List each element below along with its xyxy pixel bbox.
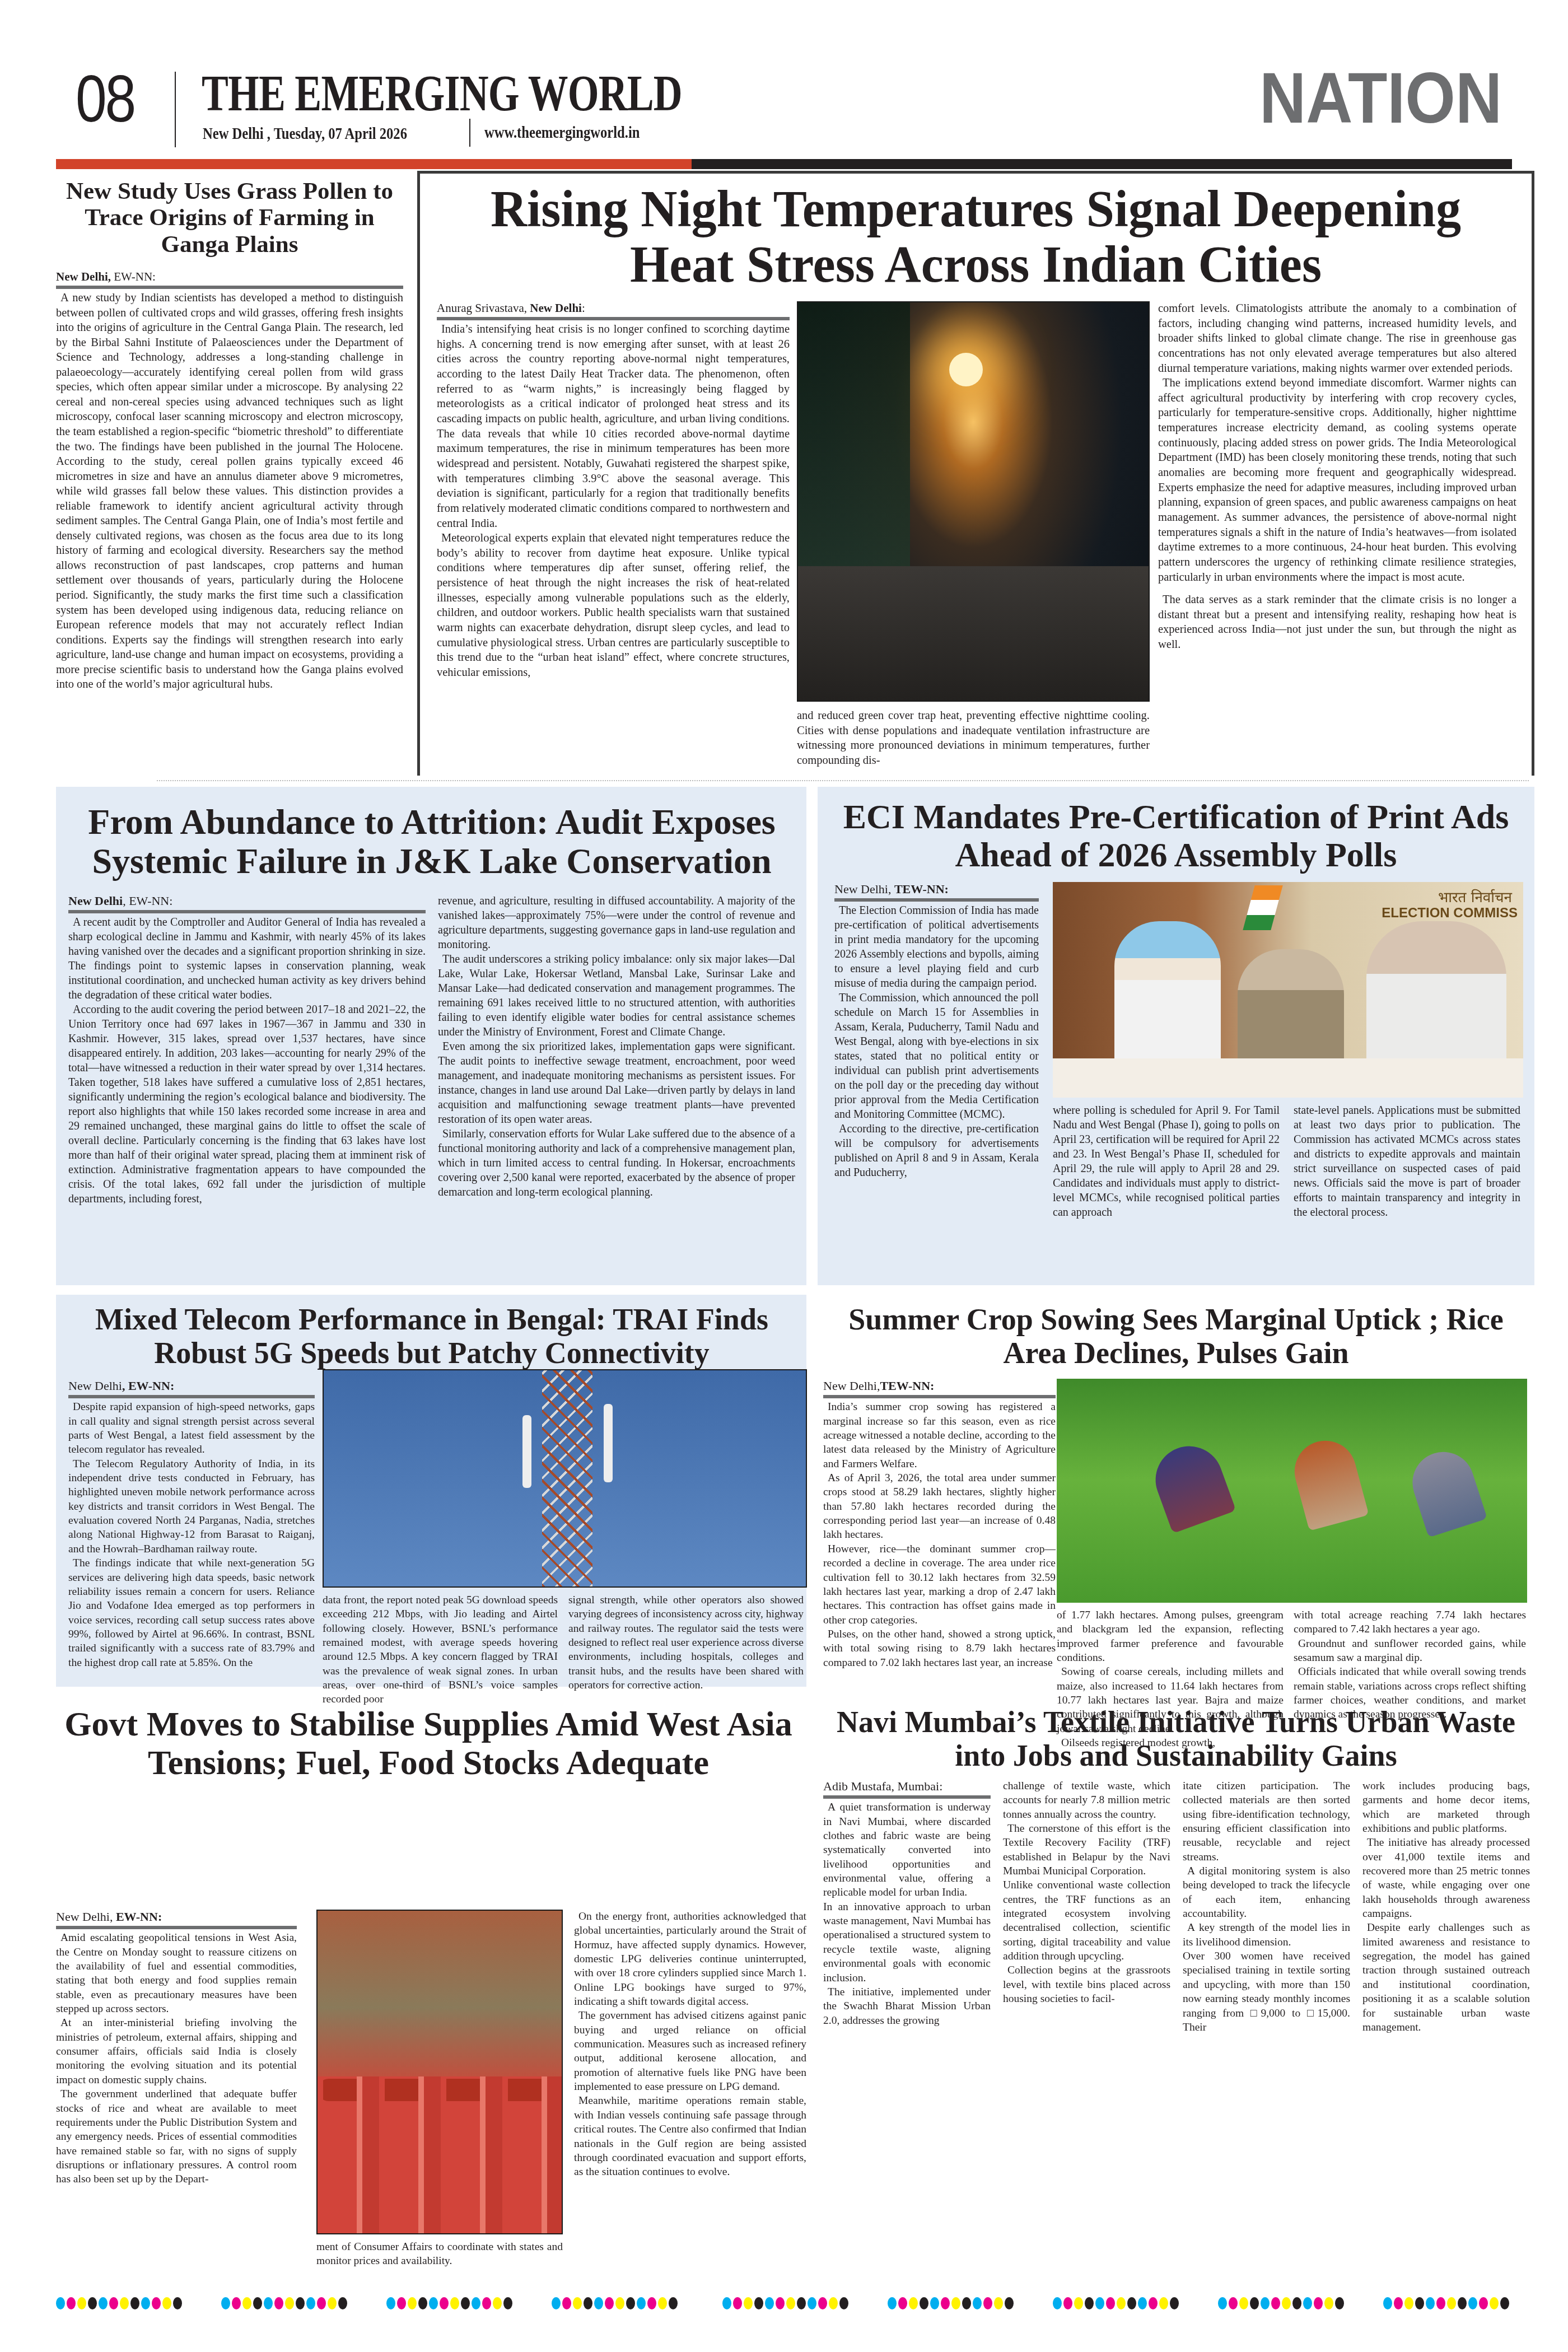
- registration-dot: [920, 2297, 928, 2309]
- registration-dot: [1303, 2297, 1312, 2309]
- registration-dot: [152, 2297, 161, 2309]
- registration-dot-group: [552, 2297, 678, 2308]
- registration-dot: [418, 2297, 427, 2309]
- paragraph: The Telecom Regulatory Authority of Indi…: [68, 1457, 315, 1556]
- paragraph: According to the directive, pre-certific…: [834, 1122, 1039, 1180]
- registration-dot: [552, 2297, 561, 2309]
- registration-dot: [839, 2297, 848, 2309]
- paragraph: India’s intensifying heat crisis is no l…: [437, 322, 790, 531]
- paragraph: The government has advised citizens agai…: [574, 2009, 806, 2094]
- paragraph: The initiative has already processed ove…: [1362, 1836, 1530, 1921]
- article-body-col1: Amid escalating geopolitical tensions in…: [56, 1931, 297, 2186]
- registration-dot: [242, 2297, 251, 2309]
- article-textile: Navi Mumbai’s Textile Initiative Turns U…: [818, 1694, 1534, 2288]
- paragraph: A quiet transformation is underway in Na…: [823, 1800, 991, 1900]
- registration-dot: [1468, 2297, 1477, 2309]
- registration-dot: [77, 2297, 86, 2309]
- registration-dot-group: [1383, 2297, 1509, 2308]
- registration-dot: [818, 2297, 827, 2309]
- registration-dot: [1383, 2297, 1392, 2309]
- registration-dot: [461, 2297, 470, 2309]
- dateline-place: New Delhi,: [834, 882, 894, 896]
- antenna-left: [522, 1415, 531, 1488]
- registration-dot: [1335, 2297, 1344, 2309]
- ec-sign-hindi: भारत निर्वाचन: [1438, 886, 1512, 907]
- registration-dot: [626, 2297, 635, 2309]
- registration-dot: [1436, 2297, 1445, 2309]
- paragraph: India’s summer crop sowing has registere…: [823, 1400, 1056, 1471]
- dotted-separator: [157, 780, 1529, 781]
- paragraph: Amid escalating geopolitical tensions in…: [56, 1931, 297, 2016]
- registration-dot: [386, 2297, 395, 2309]
- dateline: New Delhi, EW-NN:: [56, 270, 403, 289]
- article-govt-supplies: Govt Moves to Stabilise Supplies Amid We…: [56, 1694, 806, 2288]
- dateline-agency: EW-NN:: [116, 1910, 162, 1924]
- registration-dot: [99, 2297, 108, 2309]
- byline-place: New Delhi: [530, 301, 582, 315]
- registration-dot: [173, 2297, 182, 2309]
- registration-dot: [450, 2297, 459, 2309]
- registration-dot: [264, 2297, 273, 2309]
- masthead-bar-black: [692, 159, 1512, 169]
- registration-dot: [1261, 2297, 1270, 2309]
- registration-dot-group: [888, 2297, 1014, 2308]
- registration-dot: [797, 2297, 806, 2309]
- registration-dot: [754, 2297, 763, 2309]
- headline: New Study Uses Grass Pollen to Trace Ori…: [56, 178, 403, 258]
- paragraph: of 1.77 lakh hectares. Among pulses, gre…: [1057, 1608, 1284, 1665]
- registration-dot: [829, 2297, 838, 2309]
- date-url-divider: [469, 119, 470, 147]
- article-body-col3: On the energy front, authorities acknowl…: [574, 1910, 806, 2180]
- registration-dot: [1159, 2297, 1168, 2309]
- registration-dot: [472, 2297, 480, 2309]
- cylinder-rings: [318, 2079, 562, 2101]
- paragraph: challenge of textile waste, which accoun…: [1003, 1779, 1170, 1822]
- dateline-agency: EW-NN:: [111, 270, 156, 283]
- registration-dot: [637, 2297, 646, 2309]
- article-body: A new study by Indian scientists has dev…: [56, 291, 403, 692]
- registration-dot-group: [221, 2297, 347, 2308]
- registration-dot: [429, 2297, 438, 2309]
- registration-dot-group: [56, 2297, 182, 2308]
- article-body-col4: work includes producing bags, garments a…: [1362, 1779, 1530, 2034]
- registration-dot-group: [722, 2297, 848, 2308]
- paragraph: Unlike conventional waste collection cen…: [1003, 1878, 1170, 1963]
- issue-date: New Delhi , Tuesday, 07 April 2026: [203, 124, 407, 143]
- paragraph: The Commission, which announced the poll…: [834, 991, 1039, 1122]
- lpg-cylinders-photo: [316, 1910, 563, 2234]
- registration-dot: [1074, 2297, 1083, 2309]
- registration-dot: [1085, 2297, 1094, 2309]
- byline-author: Anurag Srivastava,: [437, 301, 530, 315]
- article-body-col1: Despite rapid expansion of high-speed ne…: [68, 1400, 315, 1670]
- paragraph: The findings indicate that while next-ge…: [68, 1556, 315, 1670]
- registration-dot: [573, 2297, 582, 2309]
- election-commission-photo: भारत निर्वाचन ELECTION COMMISS: [1053, 882, 1523, 1098]
- paragraph: At an inter-ministerial briefing involvi…: [56, 2016, 297, 2087]
- registration-dot: [765, 2297, 774, 2309]
- registration-dot: [605, 2297, 614, 2309]
- registration-dot: [285, 2297, 294, 2309]
- registration-dot: [584, 2297, 592, 2309]
- registration-dot: [1063, 2297, 1072, 2309]
- registration-dot: [722, 2297, 731, 2309]
- paragraph: revenue, and agriculture, resulting in d…: [438, 894, 795, 952]
- registration-dot: [162, 2297, 171, 2309]
- paragraph: As of April 3, 2026, the total area unde…: [823, 1471, 1056, 1542]
- article-body-col1: India’s summer crop sowing has registere…: [823, 1400, 1056, 1670]
- telecom-tower-photo: [323, 1369, 807, 1588]
- paragraph: Similarly, conservation efforts for Wula…: [438, 1127, 795, 1200]
- article-body-col3: comfort levels. Climatologists attribute…: [1158, 301, 1516, 652]
- registration-dot: [733, 2297, 742, 2309]
- headline: From Abundance to Attrition: Audit Expos…: [68, 802, 795, 881]
- registration-dot: [1426, 2297, 1435, 2309]
- registration-dot: [1127, 2297, 1136, 2309]
- registration-dot: [1415, 2297, 1424, 2309]
- registration-dot: [983, 2297, 992, 2309]
- headline: Navi Mumbai’s Textile Initiative Turns U…: [830, 1705, 1522, 1773]
- registration-dot: [1149, 2297, 1158, 2309]
- registration-dot: [1229, 2297, 1238, 2309]
- article-body-col2: revenue, and agriculture, resulting in d…: [438, 894, 795, 1200]
- registration-dot: [232, 2297, 241, 2309]
- article-body-col2: ment of Consumer Affairs to coordinate w…: [316, 2240, 563, 2269]
- paragraph: Meteorological experts explain that elev…: [437, 531, 790, 680]
- paragraph: Despite early challenges such as limited…: [1362, 1921, 1530, 2034]
- paragraph: A new study by Indian scientists has dev…: [56, 291, 403, 692]
- registration-dot: [274, 2297, 283, 2309]
- paragraph: Over 300 women have received specialised…: [1183, 1949, 1350, 2034]
- paragraph: A key strength of the model lies in its …: [1183, 1921, 1350, 1949]
- registration-dot: [1106, 2297, 1115, 2309]
- antenna-right: [604, 1404, 613, 1482]
- registration-dot: [120, 2297, 129, 2309]
- dateline: New Delhi, EW-NN:: [56, 1910, 297, 1929]
- registration-dot: [1479, 2297, 1488, 2309]
- paragraph: The initiative, implemented under the Sw…: [823, 1985, 991, 2028]
- registration-dot: [1394, 2297, 1403, 2309]
- registration-dot: [67, 2297, 76, 2309]
- registration-dot: [317, 2297, 326, 2309]
- paragraph: However, rice—the dominant summer crop—r…: [823, 1542, 1056, 1627]
- registration-dot: [1053, 2297, 1062, 2309]
- registration-dot: [1170, 2297, 1179, 2309]
- article-pollen: New Study Uses Grass Pollen to Trace Ori…: [56, 178, 403, 780]
- registration-dot: [1005, 2297, 1014, 2309]
- paragraph: The cornerstone of this effort is the Te…: [1003, 1822, 1170, 1878]
- registration-dot: [1239, 2297, 1248, 2309]
- registration-dot: [1218, 2297, 1227, 2309]
- registration-dot: [594, 2297, 603, 2309]
- registration-dot: [658, 2297, 667, 2309]
- registration-dot: [130, 2297, 139, 2309]
- registration-dot: [397, 2297, 406, 2309]
- road-surface: [798, 566, 1149, 701]
- registration-dot: [440, 2297, 449, 2309]
- registration-dot: [1282, 2297, 1291, 2309]
- trees-silhouette: [798, 302, 910, 594]
- headline: Rising Night Temperatures Signal Deepeni…: [442, 174, 1510, 292]
- article-body-col2: where polling is scheduled for April 9. …: [1053, 1103, 1280, 1220]
- paragraph: The audit underscores a striking policy …: [438, 952, 795, 1039]
- paragraph: The government underlined that adequate …: [56, 2087, 297, 2186]
- registration-dot: [1490, 2297, 1499, 2309]
- registration-dot: [1500, 2297, 1509, 2309]
- page-number: 08: [76, 66, 134, 132]
- registration-dot: [482, 2297, 491, 2309]
- article-eci: ECI Mandates Pre-Certification of Print …: [818, 787, 1534, 1285]
- farmer-figure-1: [1146, 1437, 1236, 1534]
- dateline-place: New Delhi,: [56, 270, 111, 283]
- headline: ECI Mandates Pre-Certification of Print …: [830, 798, 1522, 874]
- registration-dot-group: [1053, 2297, 1179, 2308]
- dateline-agency: TEW-NN:: [880, 1379, 934, 1393]
- registration-dot: [776, 2297, 785, 2309]
- ec-sign-english: ELECTION COMMISS: [1382, 906, 1518, 921]
- registration-dot: [615, 2297, 624, 2309]
- paragraph: A digital monitoring system is also bein…: [1183, 1864, 1350, 1921]
- registration-dot: [1447, 2297, 1456, 2309]
- registration-dot: [1314, 2297, 1323, 2309]
- dateline-place: New Delhi,: [56, 1910, 116, 1924]
- registration-dot: [951, 2297, 960, 2309]
- headline: Mixed Telecom Performance in Bengal: TRA…: [68, 1303, 795, 1370]
- paragraph: A recent audit by the Comptroller and Au…: [68, 915, 426, 1002]
- byline: Anurag Srivastava, New Delhi:: [437, 301, 790, 320]
- registration-dot: [909, 2297, 918, 2309]
- registration-dot: [808, 2297, 816, 2309]
- registration-dot: [994, 2297, 1003, 2309]
- registration-dot: [1404, 2297, 1413, 2309]
- dateline: New Delhi,TEW-NN:: [823, 1379, 1056, 1398]
- registration-dot: [669, 2297, 678, 2309]
- article-body-col3: signal strength, while other operators a…: [568, 1593, 804, 1692]
- byline-suffix: :: [582, 301, 585, 315]
- registration-dot: [503, 2297, 512, 2309]
- article-body-col1: India’s intensifying heat crisis is no l…: [437, 322, 790, 680]
- registration-dot: [888, 2297, 897, 2309]
- registration-dot: [973, 2297, 982, 2309]
- paragraph: itate citizen participation. The collect…: [1183, 1779, 1350, 1864]
- farmer-figure-3: [1404, 1444, 1487, 1537]
- registration-dot: [1250, 2297, 1259, 2309]
- registration-dot: [1117, 2297, 1126, 2309]
- registration-dot-group: [386, 2297, 512, 2308]
- registration-dot-group: [1218, 2297, 1344, 2308]
- article-body-col3: state-level panels. Applications must be…: [1294, 1103, 1520, 1220]
- paragraph: with total acreage reaching 7.74 lakh he…: [1294, 1608, 1526, 1637]
- street-lamp-glow: [949, 353, 983, 386]
- dateline: New Delhi, TEW-NN:: [834, 882, 1039, 902]
- dateline-place: New Delhi,: [823, 1379, 880, 1393]
- dateline: New Delhi, EW-NN:: [68, 894, 426, 913]
- paragraph: In an innovative approach to urban waste…: [823, 1900, 991, 1985]
- article-crop: Summer Crop Sowing Sees Marginal Uptick …: [818, 1295, 1534, 1687]
- registration-dot: [1292, 2297, 1301, 2309]
- registration-dot: [338, 2297, 347, 2309]
- paddy-field-photo: [1057, 1379, 1527, 1603]
- paragraph: According to the audit covering the peri…: [68, 1002, 426, 1206]
- headline: Summer Crop Sowing Sees Marginal Uptick …: [830, 1303, 1522, 1370]
- registration-dot: [328, 2297, 337, 2309]
- registration-dot: [221, 2297, 230, 2309]
- registration-dot: [962, 2297, 971, 2309]
- registration-dot: [898, 2297, 907, 2309]
- registration-dot: [56, 2297, 65, 2309]
- registration-dot: [1138, 2297, 1147, 2309]
- article-body-col1: A quiet transformation is underway in Na…: [823, 1800, 991, 2028]
- paragraph: Groundnut and sunflower recorded gains, …: [1294, 1637, 1526, 1665]
- paragraph: work includes producing bags, garments a…: [1362, 1779, 1530, 1836]
- registration-dot: [1324, 2297, 1333, 2309]
- registration-dot: [1458, 2297, 1467, 2309]
- registration-dot: [647, 2297, 656, 2309]
- registration-dot: [744, 2297, 753, 2309]
- dateline-place: New Delhi: [68, 894, 123, 908]
- paragraph: The Election Commission of India has mad…: [834, 903, 1039, 991]
- registration-dot: [930, 2297, 939, 2309]
- article-body-col2: and reduced green cover trap heat, preve…: [797, 708, 1150, 768]
- article-body-col3: itate citizen participation. The collect…: [1183, 1779, 1350, 2034]
- masthead-divider: [175, 72, 176, 147]
- tower-lattice: [542, 1370, 592, 1586]
- registration-dot: [1271, 2297, 1280, 2309]
- registration-dot: [786, 2297, 795, 2309]
- registration-dot: [562, 2297, 571, 2309]
- paragraph: Meanwhile, maritime operations remain st…: [574, 2094, 806, 2179]
- registration-dot: [1095, 2297, 1104, 2309]
- paragraph: Collection begins at the grassroots leve…: [1003, 1963, 1170, 2006]
- registration-dot: [88, 2297, 97, 2309]
- registration-dot: [109, 2297, 118, 2309]
- masthead-bar-red: [56, 159, 692, 169]
- paragraph: The implications extend beyond immediate…: [1158, 376, 1516, 585]
- registration-dot: [253, 2297, 262, 2309]
- article-body-col1: The Election Commission of India has mad…: [834, 903, 1039, 1180]
- registration-dot: [941, 2297, 950, 2309]
- article-body-col2: data front, the report noted peak 5G dow…: [323, 1593, 558, 1707]
- article-body-col2: challenge of textile waste, which accoun…: [1003, 1779, 1170, 2006]
- website-link[interactable]: www.theemergingworld.in: [484, 123, 640, 142]
- registration-dot: [306, 2297, 315, 2309]
- dateline-place: New Delhi: [68, 1379, 122, 1393]
- paragraph: comfort levels. Climatologists attribute…: [1158, 301, 1516, 376]
- dateline: New Delhi, EW-NN:: [68, 1379, 315, 1398]
- newspaper-title: THE EMERGING WORLD: [202, 67, 682, 119]
- article-heat: Rising Night Temperatures Signal Deepeni…: [417, 171, 1534, 776]
- ec-logo-icon: [1243, 885, 1282, 930]
- article-jk-lakes: From Abundance to Attrition: Audit Expos…: [56, 787, 806, 1285]
- paragraph: The data serves as a stark reminder that…: [1158, 592, 1516, 652]
- night-street-photo: [797, 301, 1150, 702]
- paragraph: Even among the six prioritized lakes, im…: [438, 1039, 795, 1127]
- registration-dot: [493, 2297, 502, 2309]
- article-telecom: Mixed Telecom Performance in Bengal: TRA…: [56, 1295, 806, 1687]
- paragraph: Pulses, on the other hand, showed a stro…: [823, 1627, 1056, 1670]
- registration-dot: [296, 2297, 305, 2309]
- dateline: Adib Mustafa, Mumbai:: [823, 1779, 991, 1799]
- article-body-col1: A recent audit by the Comptroller and Au…: [68, 915, 426, 1206]
- dateline-agency: , EW-NN:: [123, 894, 172, 908]
- registration-dot: [408, 2297, 417, 2309]
- dateline-agency: , EW-NN:: [122, 1379, 174, 1393]
- farmer-figure-2: [1287, 1434, 1369, 1530]
- conference-table: [1053, 1058, 1523, 1098]
- dateline-agency: TEW-NN:: [894, 882, 949, 896]
- paragraph: On the energy front, authorities acknowl…: [574, 1910, 806, 2009]
- paragraph: Despite rapid expansion of high-speed ne…: [68, 1400, 315, 1457]
- registration-dot: [141, 2297, 150, 2309]
- section-label: NATION: [1259, 63, 1502, 134]
- headline: Govt Moves to Stabilise Supplies Amid We…: [56, 1705, 801, 1783]
